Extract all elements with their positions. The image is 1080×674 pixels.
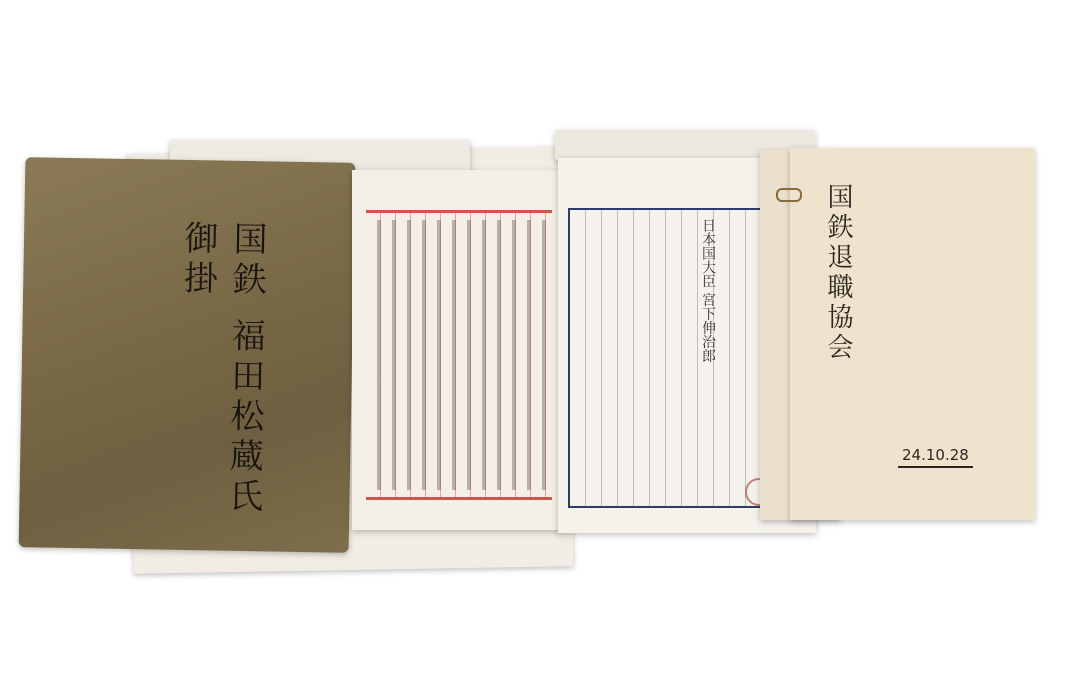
manila-folder: 国鉄退職協会 24.10.28 — [790, 148, 1035, 520]
paperclip-icon — [776, 188, 802, 202]
envelope-handwriting: 国鉄 福田松蔵氏御掛 — [169, 220, 273, 552]
document-heading: 日本国大臣 宮下伸治郎 — [698, 218, 718, 362]
folder-date: 24.10.28 — [898, 446, 973, 468]
folder-handwriting: 国鉄退職協会 — [820, 183, 857, 363]
red-ruled-manuscript — [352, 170, 562, 530]
kraft-envelope: 国鉄 福田松蔵氏御掛 — [19, 157, 356, 553]
photo-scene: 国鉄 福田松蔵氏御掛 日本国大臣 宮下伸治郎 国鉄退職協会 24.10.28 — [0, 0, 1080, 674]
handwritten-columns — [372, 220, 548, 490]
